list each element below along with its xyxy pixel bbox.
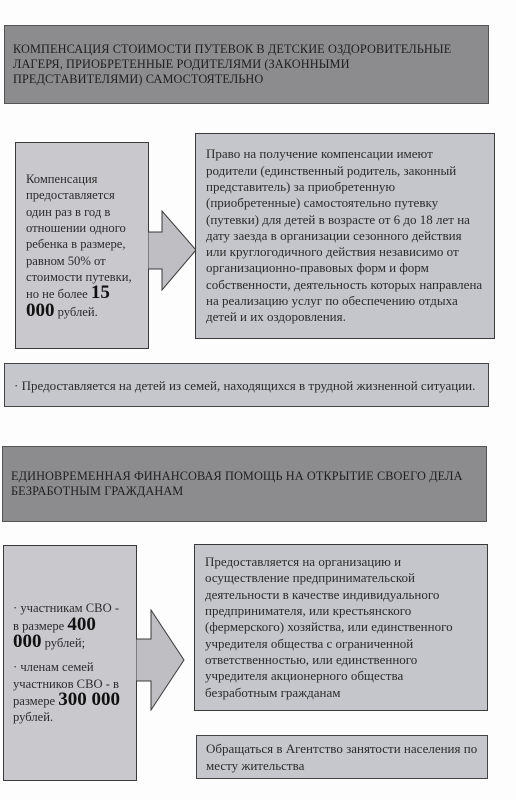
svo-participants-currency: рублей; [42, 636, 86, 650]
svo-family-amount: 300 000 [58, 689, 120, 710]
section2-left-box: · участникам СВО - в размере 400 000 руб… [3, 545, 137, 781]
section1-title-bar: КОМПЕНСАЦИЯ СТОИМОСТИ ПУТЕВОК В ДЕТСКИЕ … [4, 25, 489, 104]
svo-family-item: · членам семей участников СВО - в размер… [13, 659, 127, 725]
svo-family-currency: рублей. [13, 710, 53, 724]
compensation-conditions: Компенсация предоставляется один раз в г… [26, 171, 138, 320]
business-support-text: Предоставляется на организацию и осущест… [205, 554, 477, 701]
section2-arrow-icon [136, 609, 186, 711]
section2-title: ЕДИНОВРЕМЕННАЯ ФИНАНСОВАЯ ПОМОЩЬ НА ОТКР… [11, 469, 478, 499]
compensation-text: Компенсация предоставляется один раз в г… [26, 172, 132, 301]
section1-note: · Предоставляется на детей из семей, нах… [4, 363, 489, 407]
section2-title-bar: ЕДИНОВРЕМЕННАЯ ФИНАНСОВАЯ ПОМОЩЬ НА ОТКР… [2, 446, 487, 522]
section2-note: Обращаться в Агентство занятости населен… [196, 735, 488, 779]
section1-title: КОМПЕНСАЦИЯ СТОИМОСТИ ПУТЕВОК В ДЕТСКИЕ … [13, 42, 480, 87]
section1-arrow-icon [148, 210, 198, 292]
compensation-currency: рублей. [55, 305, 98, 319]
eligibility-text: Право на получение компенсации имеют род… [206, 146, 484, 325]
svo-participants-item: · участникам СВО - в размере 400 000 руб… [13, 600, 127, 651]
section1-note-text: · Предоставляется на детей из семей, нах… [14, 377, 475, 394]
section1-left-box: Компенсация предоставляется один раз в г… [15, 142, 149, 349]
svo-participants-text: · участникам СВО - в размере [13, 601, 119, 632]
section2-right-box: Предоставляется на организацию и осущест… [194, 544, 488, 711]
section2-note-text: Обращаться в Агентство занятости населен… [206, 740, 478, 774]
section1-right-box: Право на получение компенсации имеют род… [195, 133, 495, 339]
